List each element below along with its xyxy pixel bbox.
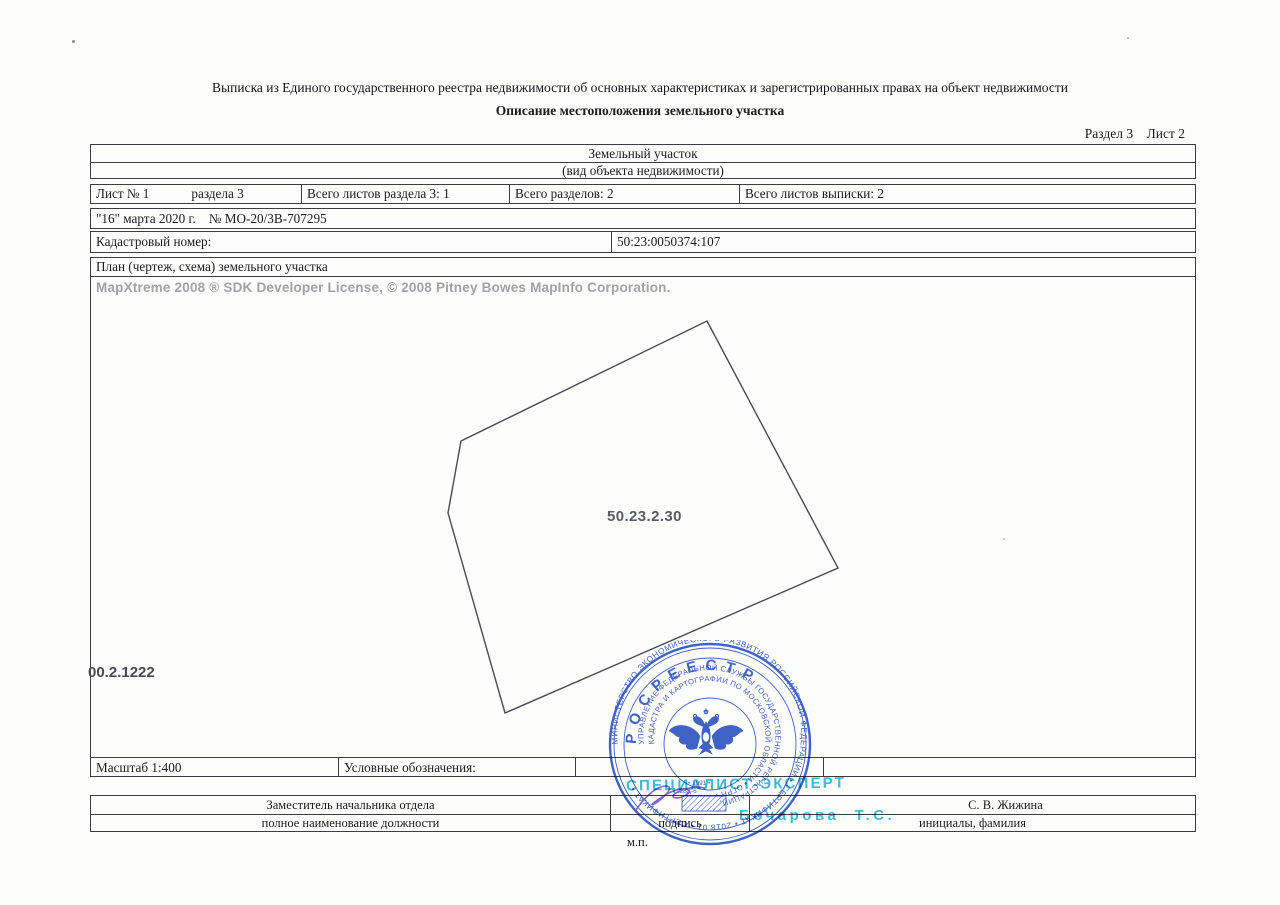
document-title: Выписка из Единого государственного реес… — [0, 80, 1280, 96]
double-eagle-emblem — [669, 709, 743, 755]
legend-label: Условные обозначения: — [338, 758, 575, 777]
scan-speck — [72, 40, 75, 43]
date-number-row: "16" марта 2020 г. № МО-20/3В-707295 — [90, 208, 1196, 229]
section-number: раздела 3 — [191, 186, 243, 202]
position-note: полное наименование должности — [91, 815, 610, 832]
scan-speck — [1003, 538, 1005, 540]
expert-title-stamp: СПЕЦИАЛИСТ-ЭКСПЕРТ — [626, 774, 846, 794]
total-sections-cell: Всего разделов: 2 — [509, 185, 739, 203]
cadastral-label: Кадастровый номер: — [91, 232, 611, 252]
sheet-number-cell: Лист № 1 раздела 3 — [91, 185, 301, 203]
total-sheets-section-cell: Всего листов раздела 3: 1 — [301, 185, 509, 203]
expert-name-stamp: Бочарова Т.С. — [739, 807, 895, 824]
scale-label: Масштаб 1:400 — [91, 758, 338, 777]
scan-speck — [1127, 37, 1129, 39]
object-type-note: (вид объекта недвижимости) — [91, 162, 1195, 179]
object-type-table: Земельный участок (вид объекта недвижимо… — [90, 144, 1196, 179]
total-sheets-statement-cell: Всего листов выписки: 2 — [739, 185, 1195, 203]
cadastral-row: Кадастровый номер: 50:23:0050374:107 — [90, 231, 1196, 253]
position-value: Заместитель начальника отдела — [91, 796, 610, 814]
object-type-value: Земельный участок — [91, 145, 1195, 162]
sheet-counters-row: Лист № 1 раздела 3 Всего листов раздела … — [90, 184, 1196, 204]
document-subtitle: Описание местоположения земельного участ… — [0, 103, 1280, 119]
seal-hatched-box — [682, 796, 726, 811]
cadastral-value: 50:23:0050374:107 — [611, 232, 1195, 252]
parcel-cadastral-quarter-label: 50.23.2.30 — [607, 508, 682, 525]
plan-title: План (чертеж, схема) земельного участка — [91, 258, 1195, 277]
neighbor-parcel-label: 00.2.1222 — [88, 664, 155, 681]
legend-empty-cell-2 — [823, 758, 1195, 777]
section-sheet-label: Раздел 3 Лист 2 — [1085, 126, 1185, 142]
sheet-number: Лист № 1 — [96, 186, 149, 202]
